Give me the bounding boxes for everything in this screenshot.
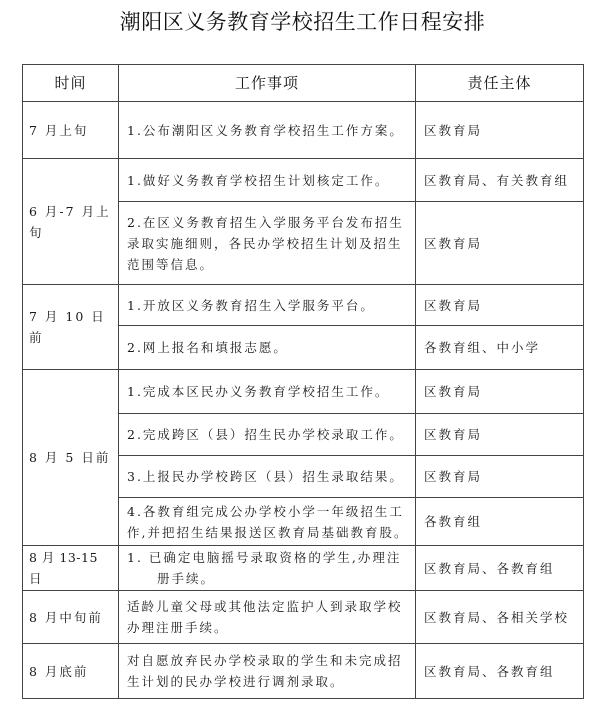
owner-cell: 区教育局、各教育组 (416, 644, 584, 699)
table-header-row: 时间 工作事项 责任主体 (23, 65, 584, 102)
time-cell: 7 月 10 日前 (23, 285, 119, 370)
table-row: 8 月 5 日前 1.完成本区民办义务教育学校招生工作。 区教育局 (23, 370, 584, 414)
task-cell: 2.网上报名和填报志愿。 (119, 326, 416, 370)
time-cell: 7 月上旬 (23, 102, 119, 159)
table-row: 8 月 13-15 日 1. 已确定电脑摇号录取资格的学生,办理注册手续。 区教… (23, 546, 584, 591)
task-cell: 适龄儿童父母或其他法定监护人到录取学校办理注册手续。 (119, 591, 416, 644)
table-row: 7 月上旬 1.公布潮阳区义务教育学校招生工作方案。 区教育局 (23, 102, 584, 159)
time-cell: 8 月 5 日前 (23, 370, 119, 546)
table-row: 8 月中旬前 适龄儿童父母或其他法定监护人到录取学校办理注册手续。 区教育局、各… (23, 591, 584, 644)
header-time: 时间 (23, 65, 119, 102)
owner-cell: 各教育组、中小学 (416, 326, 584, 370)
table-row: 6 月-7 月上旬 1.做好义务教育学校招生计划核定工作。 区教育局、有关教育组 (23, 159, 584, 202)
task-cell: 1.开放区义务教育招生入学服务平台。 (119, 285, 416, 326)
header-task: 工作事项 (119, 65, 416, 102)
header-owner: 责任主体 (416, 65, 584, 102)
time-cell: 8 月 13-15 日 (23, 546, 119, 591)
owner-cell: 各教育组 (416, 498, 584, 546)
owner-cell: 区教育局、各相关学校 (416, 591, 584, 644)
time-cell: 6 月-7 月上旬 (23, 159, 119, 285)
task-cell: 1.做好义务教育学校招生计划核定工作。 (119, 159, 416, 202)
owner-cell: 区教育局、各教育组 (416, 546, 584, 591)
document-title: 潮阳区义务教育学校招生工作日程安排 (0, 6, 605, 36)
time-cell: 8 月中旬前 (23, 591, 119, 644)
table-row: 7 月 10 日前 1.开放区义务教育招生入学服务平台。 区教育局 (23, 285, 584, 326)
task-cell: 2.在区义务教育招生入学服务平台发布招生录取实施细则，各民办学校招生计划及招生范… (119, 202, 416, 285)
owner-cell: 区教育局 (416, 102, 584, 159)
task-cell: 4.各教育组完成公办学校小学一年级招生工作,并把招生结果报送区教育局基础教育股。 (119, 498, 416, 546)
owner-cell: 区教育局 (416, 285, 584, 326)
task-cell: 3.上报民办学校跨区（县）招生录取结果。 (119, 456, 416, 498)
owner-cell: 区教育局 (416, 456, 584, 498)
schedule-table: 时间 工作事项 责任主体 7 月上旬 1.公布潮阳区义务教育学校招生工作方案。 … (22, 64, 584, 699)
task-cell: 2.完成跨区（县）招生民办学校录取工作。 (119, 414, 416, 456)
owner-cell: 区教育局 (416, 370, 584, 414)
owner-cell: 区教育局 (416, 414, 584, 456)
task-cell: 对自愿放弃民办学校录取的学生和未完成招生计划的民办学校进行调剂录取。 (119, 644, 416, 699)
owner-cell: 区教育局 (416, 202, 584, 285)
time-cell: 8 月底前 (23, 644, 119, 699)
task-cell: 1.完成本区民办义务教育学校招生工作。 (119, 370, 416, 414)
task-cell-wrap: 1. 已确定电脑摇号录取资格的学生,办理注册手续。 (119, 546, 416, 591)
owner-cell: 区教育局、有关教育组 (416, 159, 584, 202)
task-cell: 1. 已确定电脑摇号录取资格的学生,办理注册手续。 (127, 547, 409, 589)
task-cell: 1.公布潮阳区义务教育学校招生工作方案。 (119, 102, 416, 159)
table-row: 8 月底前 对自愿放弃民办学校录取的学生和未完成招生计划的民办学校进行调剂录取。… (23, 644, 584, 699)
